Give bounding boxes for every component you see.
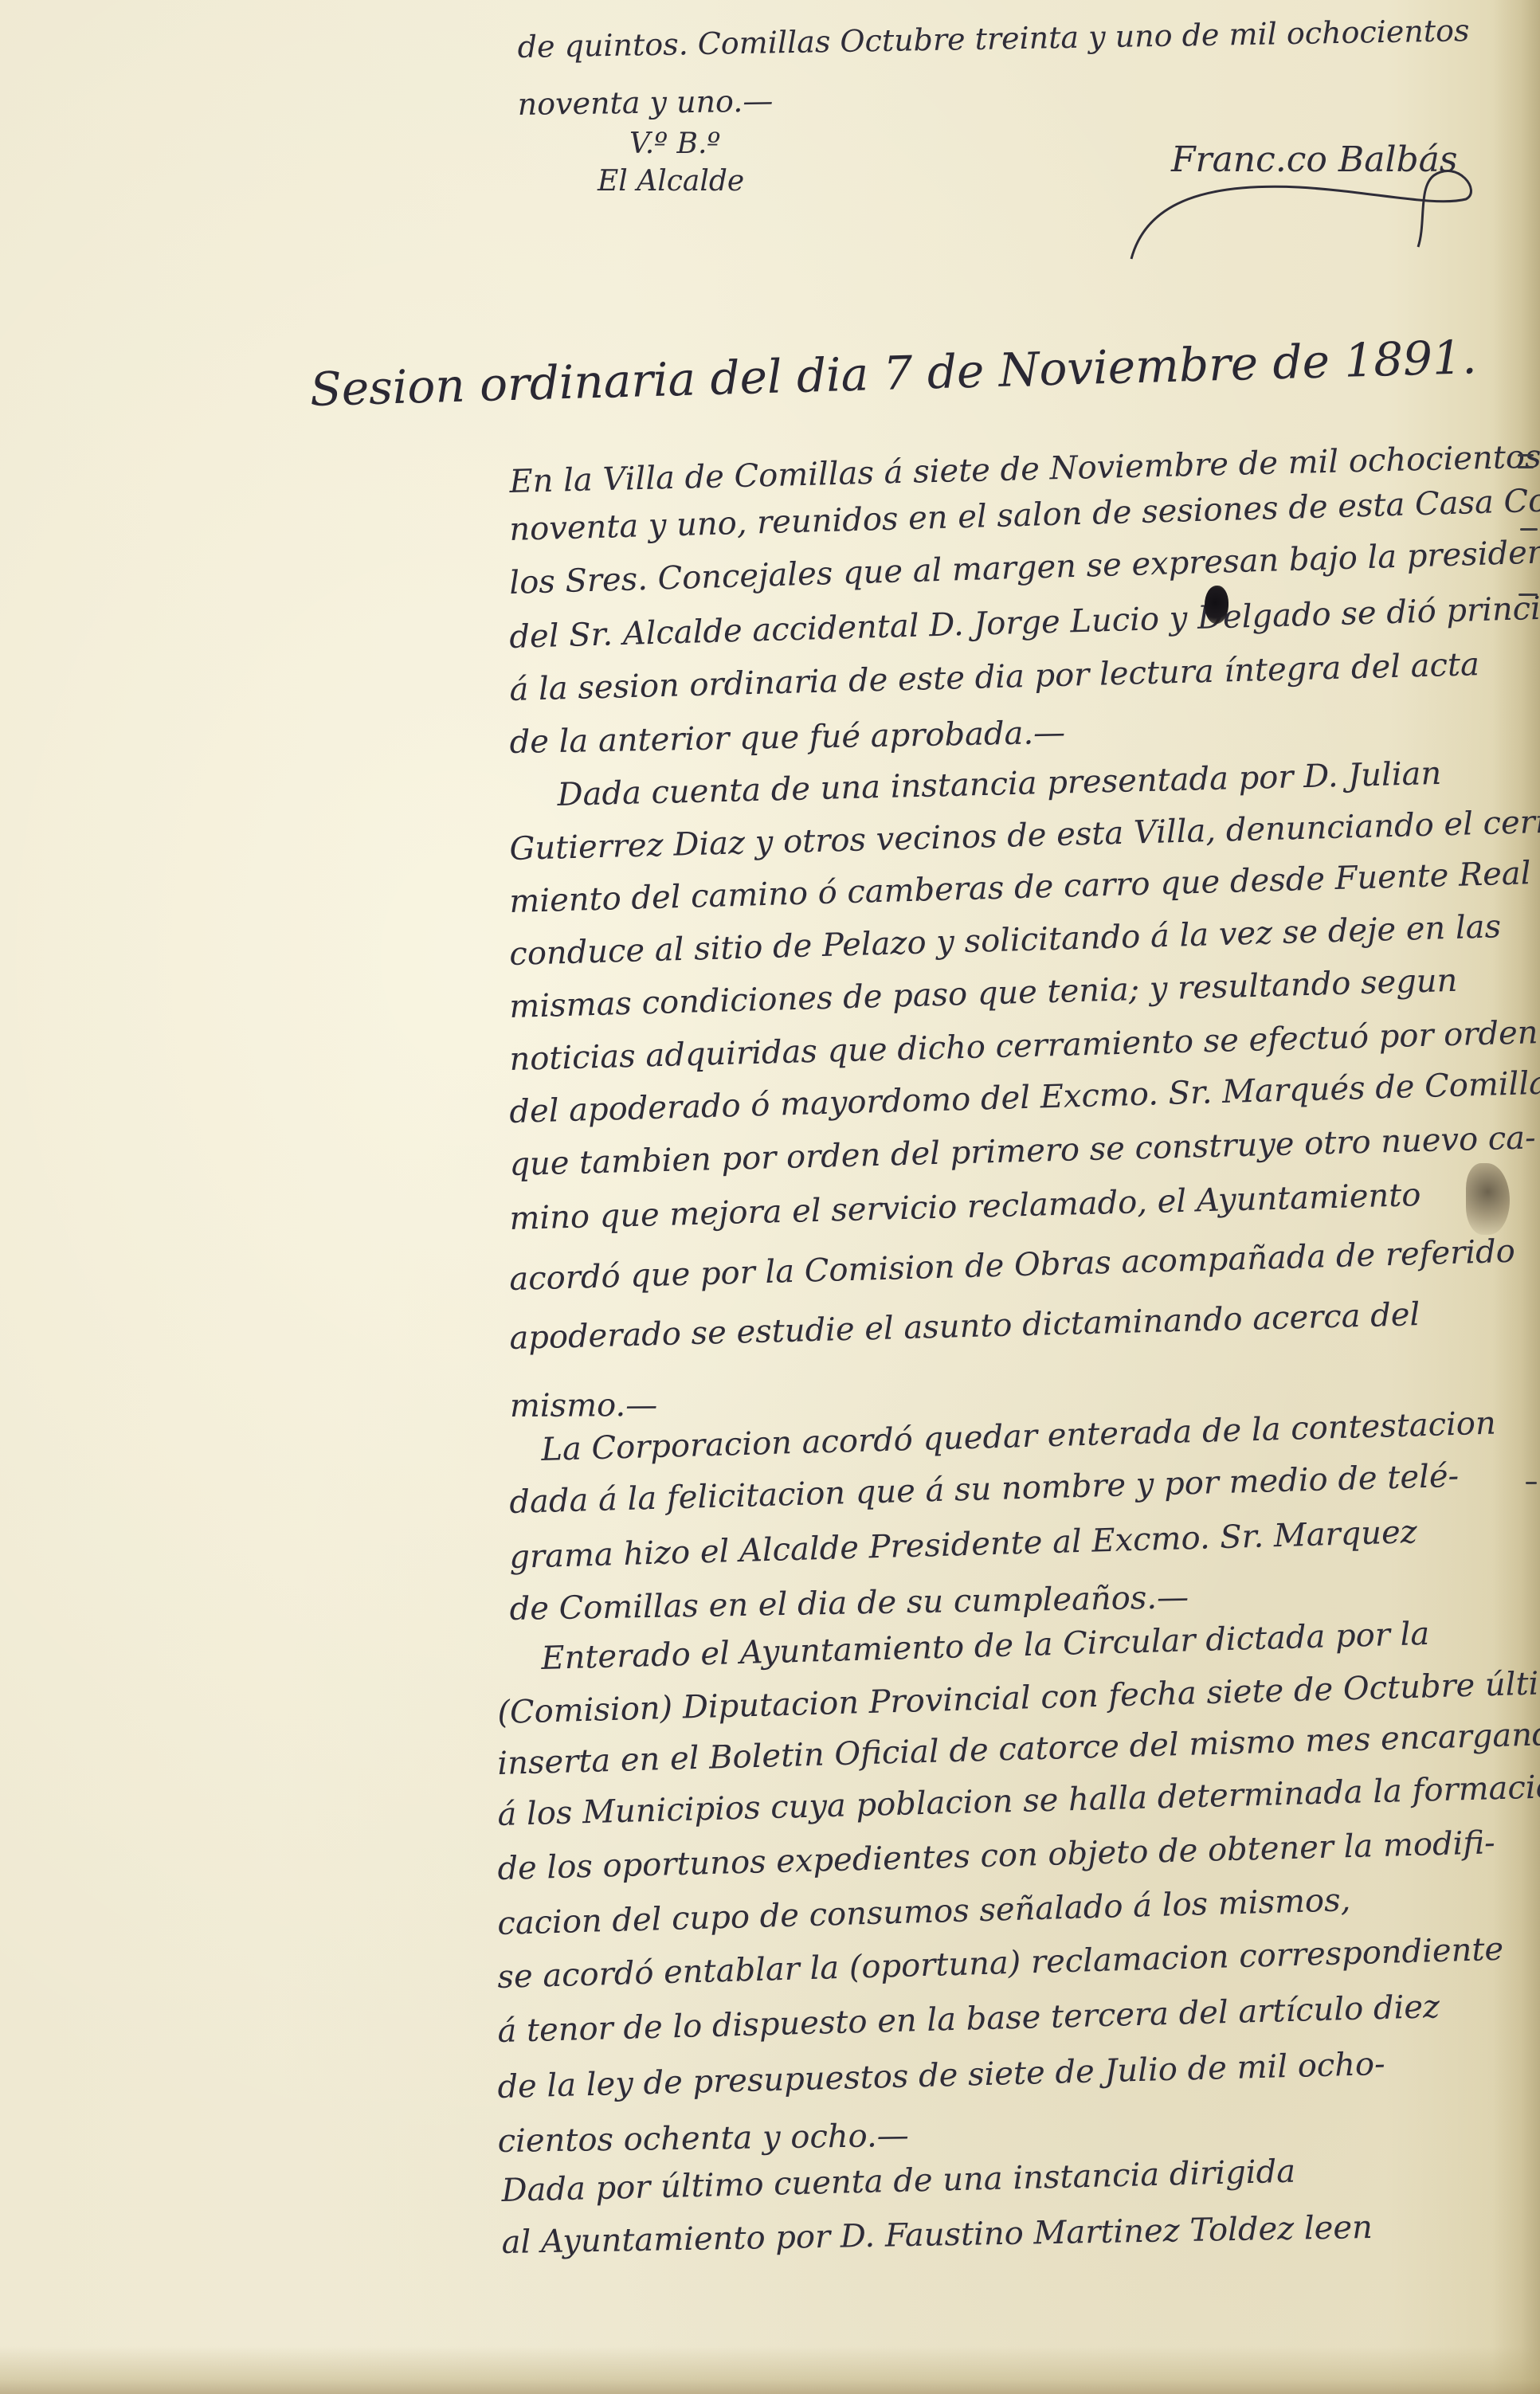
body-line: de la anterior que fué aprobada.— (509, 717, 1065, 758)
body-line: noticias adquiridas que dicho cerramient… (509, 1017, 1538, 1076)
body-line: de Comillas en el dia de su cumpleaños.— (509, 1581, 1189, 1625)
body-line: á los Municipios cuya poblacion se halla… (497, 1771, 1540, 1831)
session-heading: Sesion ordinaria del dia 7 de Noviembre … (309, 330, 1477, 417)
vb-mark: V.º B.º (629, 127, 720, 160)
body-line: Enterado el Ayuntamiento de la Circular … (541, 1618, 1430, 1675)
body-line: Dada cuenta de una instancia presentada … (557, 758, 1442, 811)
ink-blot (1205, 586, 1228, 624)
page-bottom-edge (0, 2346, 1540, 2394)
margin-tick (1526, 1482, 1537, 1484)
closing-line-1: de quintos. Comillas Octubre treinta y u… (517, 15, 1469, 62)
body-line: Gutierrez Diaz y otros vecinos de esta V… (509, 805, 1540, 865)
body-line: acordó que por la Comision de Obras acom… (509, 1236, 1515, 1295)
body-line: del apoderado ó mayordomo del Excmo. Sr.… (509, 1066, 1540, 1128)
margin-tick (1518, 594, 1538, 596)
body-line: del Sr. Alcalde accidental D. Jorge Luci… (509, 591, 1540, 653)
body-line: de los oportunos expedientes con objeto … (497, 1827, 1495, 1885)
body-line: La Corporacion acordó quedar enterada de… (541, 1408, 1496, 1466)
body-line: mino que mejora el servicio reclamado, e… (509, 1179, 1421, 1235)
margin-tick (1520, 528, 1538, 531)
body-line: Dada por último cuenta de una instancia … (501, 2156, 1295, 2207)
margin-tick (1518, 466, 1534, 468)
body-line: cientos ochenta y ocho.— (497, 2120, 909, 2157)
body-line: al Ayuntamiento por D. Faustino Martinez… (501, 2212, 1373, 2259)
body-line: dada á la felicitacion que á su nombre y… (509, 1460, 1460, 1518)
body-line: de la ley de presupuestos de siete de Ju… (497, 2048, 1385, 2103)
body-line: que tambien por orden del primero se con… (509, 1122, 1536, 1181)
margin-tick (1518, 454, 1534, 456)
body-line: grama hizo el Alcalde Presidente al Excm… (509, 1516, 1417, 1573)
body-line: á la sesion ordinaria de este dia por le… (509, 648, 1479, 706)
body-line: conduce al sitio de Pelazo y solicitando… (509, 911, 1502, 970)
body-line: miento del camino ó camberas de carro qu… (509, 857, 1531, 918)
body-line: (Comision) Diputacion Provincial con fec… (497, 1667, 1540, 1729)
closing-line-2: noventa y uno.— (517, 86, 773, 120)
body-line: cacion del cupo de consumos señalado á l… (497, 1884, 1351, 1940)
body-line: apoderado se estudie el asunto dictamina… (509, 1299, 1420, 1354)
document-page: de quintos. Comillas Octubre treinta y u… (0, 0, 1540, 2394)
body-line: se acordó entablar la (oportuna) reclama… (497, 1934, 1504, 1993)
paper-stain (1466, 1163, 1510, 1235)
alcalde-label: El Alcalde (598, 165, 744, 198)
signature-flourish-icon (1115, 151, 1482, 263)
body-line: á tenor de lo dispuesto en la base terce… (497, 1991, 1440, 2047)
body-line: los Sres. Concejales que al margen se ex… (509, 535, 1540, 599)
body-line: inserta en el Boletin Oficial de catorce… (497, 1718, 1540, 1780)
visto-bueno-approval: V.º B.º El Alcalde (629, 127, 744, 198)
body-line: mismo.— (510, 1389, 657, 1422)
ink-bleed-through (32, 685, 366, 733)
body-line: mismas condiciones de paso que tenia; y … (509, 965, 1458, 1023)
